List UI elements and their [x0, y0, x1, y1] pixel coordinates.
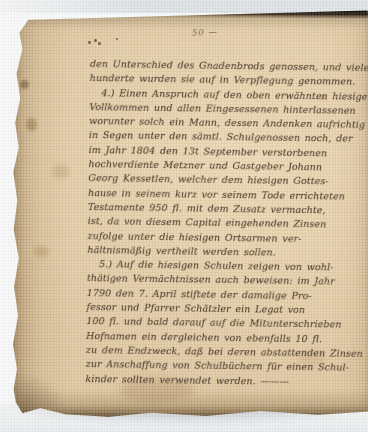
stain [52, 165, 70, 178]
stain [26, 118, 37, 131]
scanner-background-top [0, 0, 368, 13]
ink-speck [94, 39, 97, 42]
ink-speck [116, 38, 118, 40]
stain [34, 246, 49, 257]
scanned-manuscript: 50 — den Unterschied des Gnadenbrods gen… [0, 0, 368, 432]
ink-speck [88, 41, 91, 44]
manuscript-page: 50 — den Unterschied des Gnadenbrods gen… [8, 8, 368, 418]
page-left-edge [8, 16, 24, 412]
manuscript-text: den Unterschied des Gnadenbrods genossen… [85, 58, 364, 391]
ink-speck [98, 42, 101, 45]
page-number: 50 — [192, 27, 219, 38]
